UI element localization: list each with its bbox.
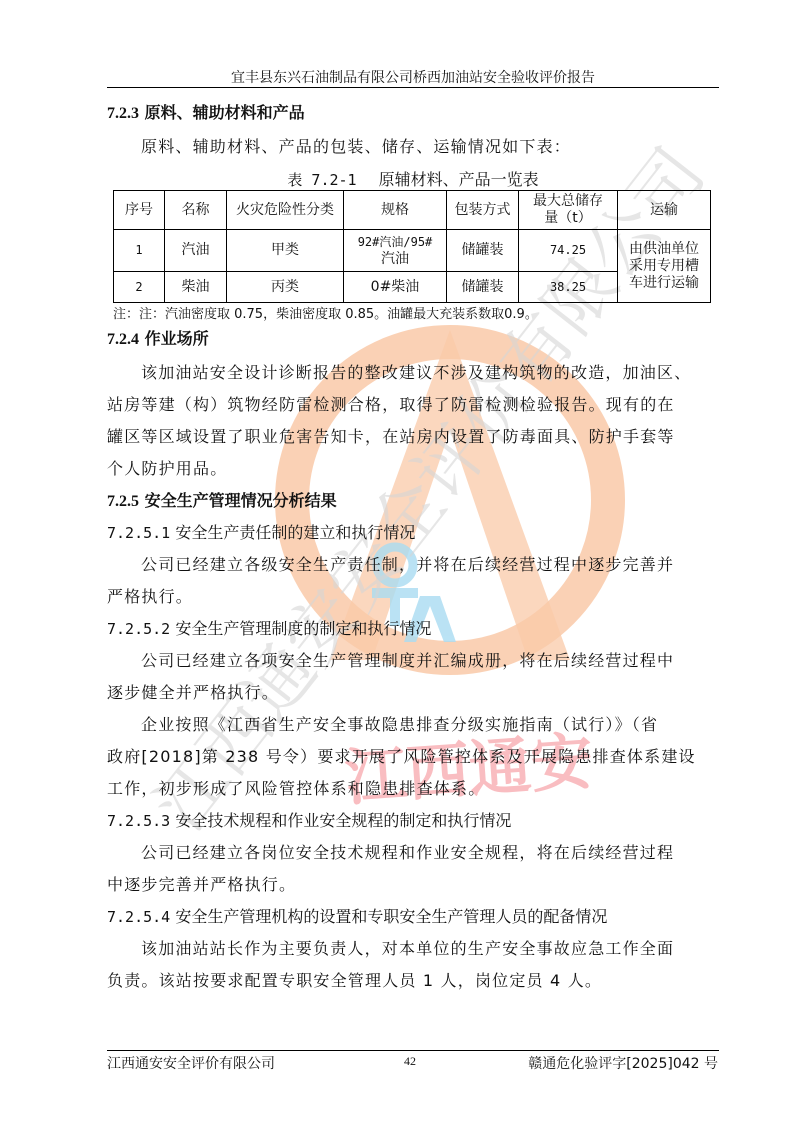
cell-name: 柴油 [165,272,227,303]
subsection-title: 安全生产管理制度的制定和执行情况 [175,619,431,638]
section-title: 作业场所 [145,329,209,348]
section-number: 7.2.4 [107,331,139,348]
cell-transport-line2: 采用专用槽 [621,258,707,275]
paragraph-line: 逐步健全并严格执行。 [107,683,279,703]
col-header-max-storage: 最大总储存 量（t） [519,191,618,230]
paragraph-line: 严格执行。 [107,587,193,607]
subsection-number: 7.2.5.4 [107,908,170,926]
subsection-title: 安全生产管理机构的设置和专职安全生产管理人员的配备情况 [175,907,607,926]
paragraph-line: 罐区等区域设置了职业危害告知卡，在站房内设置了防毒面具、防护手套等 [107,427,675,447]
cell-fire-class: 丙类 [227,272,344,303]
cell-index: 2 [114,272,165,303]
subsection-title: 安全技术规程和作业安全规程的制定和执行情况 [175,811,511,830]
paragraph-line: 个人防护用品。 [107,459,227,479]
materials-table: 序号 名称 火灾危险性分类 规格 包装方式 最大总储存 量（t） 运输 1 汽油… [113,190,711,303]
cell-spec: 92#汽油/95# 汽油 [344,230,447,272]
subsection-heading-7-2-5-2: 7.2.5.2 安全生产管理制度的制定和执行情况 [107,619,431,639]
subsection-number: 7.2.5.1 [107,524,170,542]
col-header-index: 序号 [114,191,165,230]
col-header-max-storage-line2: 量（t） [522,210,614,227]
section-heading-7-2-5: 7.2.5 安全生产管理情况分析结果 [107,491,337,512]
paragraph-line: 政府[2018]第 238 号令）要求开展了风险管控体系及开展隐患排查体系建设 [107,747,696,767]
cell-spec-line1: 92#汽油/95# [347,234,443,251]
section-heading-7-2-3: 7.2.3 原料、辅助材料和产品 [107,103,305,124]
cell-index: 1 [114,230,165,272]
col-header-max-storage-line1: 最大总储存 [522,193,614,210]
cell-transport: 由供油单位 采用专用槽 车进行运输 [618,230,711,303]
watermark-red-text: 江西通安 [343,724,596,814]
section-title: 原料、辅助材料和产品 [145,103,305,122]
subsection-heading-7-2-5-4: 7.2.5.4 安全生产管理机构的设置和专职安全生产管理人员的配备情况 [107,907,607,927]
footer-company: 江西通安安全评价有限公司 [107,1053,275,1073]
cell-transport-line3: 车进行运输 [621,275,707,292]
paragraph-line: 负责。该站按要求配置专职安全管理人员 1 人，岗位定员 4 人。 [107,971,602,991]
subsection-number: 7.2.5.3 [107,812,170,830]
table-caption-number: 表 7.2-1 [287,171,356,189]
table-header-row: 序号 名称 火灾危险性分类 规格 包装方式 最大总储存 量（t） 运输 [114,191,711,230]
cell-max-storage: 38.25 [519,272,618,303]
section-title: 安全生产管理情况分析结果 [145,491,337,510]
paragraph-line: 企业按照《江西省生产安全事故隐患排查分级实施指南（试行）》（省 [141,715,658,735]
table-row: 1 汽油 甲类 92#汽油/95# 汽油 储罐装 74.25 由供油单位 采用专… [114,230,711,272]
subsection-number: 7.2.5.2 [107,620,170,638]
header-divider [107,87,719,88]
cell-name: 汽油 [165,230,227,272]
cell-packaging: 储罐装 [447,272,519,303]
table-note: 注：注：汽油密度取 0.75，柴油密度取 0.85。油罐最大充装系数取0.9。 [113,303,538,322]
cell-spec: 0#柴油 [344,272,447,303]
col-header-fire-class: 火灾危险性分类 [227,191,344,230]
page-number: 42 [390,1054,430,1069]
cell-spec-line2: 汽油 [347,251,443,268]
cell-packaging: 储罐装 [447,230,519,272]
cell-transport-line1: 由供油单位 [621,241,707,258]
section-intro: 原料、辅助材料、产品的包装、储存、运输情况如下表： [141,137,571,157]
cell-max-storage: 74.25 [519,230,618,272]
paragraph-line: 中逐步完善并严格执行。 [107,875,296,895]
paragraph-line: 工作，初步形成了风险管控体系和隐患排查体系。 [107,779,485,799]
table-caption-title: 原辅材料、产品一览表 [379,170,539,189]
paragraph-line: 该加油站安全设计诊断报告的整改建议不涉及建构筑物的改造，加油区、 [141,363,691,383]
subsection-heading-7-2-5-1: 7.2.5.1 安全生产责任制的建立和执行情况 [107,523,415,543]
paragraph-line: 站房等建（构）筑物经防雷检测合格，取得了防雷检测检验报告。现有的在 [107,395,675,415]
footer-divider [107,1050,719,1051]
section-number: 7.2.3 [107,105,139,122]
section-number: 7.2.5 [107,493,139,510]
subsection-title: 安全生产责任制的建立和执行情况 [175,523,415,542]
table-caption: 表 7.2-1原辅材料、产品一览表 [107,167,719,190]
cell-fire-class: 甲类 [227,230,344,272]
paragraph-line: 公司已经建立各岗位安全技术规程和作业安全规程，将在后续经营过程 [141,843,674,863]
page-header-title: 宜丰县东兴石油制品有限公司桥西加油站安全验收评价报告 [107,67,719,87]
paragraph-line: 公司已经建立各项安全生产管理制度并汇编成册，将在后续经营过程中 [141,651,674,671]
paragraph-line: 该加油站站长作为主要负责人，对本单位的生产安全事故应急工作全面 [141,939,674,959]
paragraph-line: 公司已经建立各级安全生产责任制，并将在后续经营过程中逐步完善并 [141,555,674,575]
footer-doc-number: 赣通危化验评字[2025]042 号 [528,1053,718,1073]
col-header-packaging: 包装方式 [447,191,519,230]
col-header-name: 名称 [165,191,227,230]
section-heading-7-2-4: 7.2.4 作业场所 [107,329,209,350]
subsection-heading-7-2-5-3: 7.2.5.3 安全技术规程和作业安全规程的制定和执行情况 [107,811,511,831]
col-header-transport: 运输 [618,191,711,230]
col-header-spec: 规格 [344,191,447,230]
